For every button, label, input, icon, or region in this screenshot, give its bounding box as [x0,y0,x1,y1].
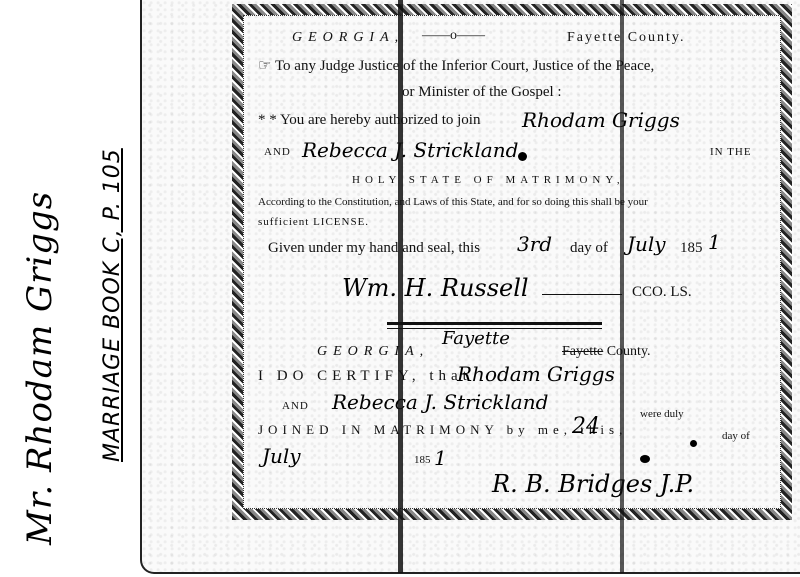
certify-line: I DO CERTIFY, that [258,368,472,385]
joined-day-of-label: day of [722,430,750,442]
certificate-county: Fayette County. [562,344,651,360]
certificate-groom-handwritten: Rhodam Griggs [457,362,615,386]
margin-note-name: Mr. Rhodam Griggs [20,191,60,545]
and-label: AND [264,146,291,158]
joined-year-printed: 185 [414,454,431,466]
struck-county: Fayette [562,344,603,359]
fold-crease-left [398,0,403,573]
sufficient-license-line: sufficient LICENSE. [258,216,369,228]
constitution-line: According to the Constitution, and Laws … [258,196,648,208]
ink-speck [518,152,527,161]
ink-speck [640,455,650,463]
certificate-state: GEORGIA, [317,344,429,360]
marriage-license-document: GEORGIA, ——o—— Fayette County. ☞ To any … [232,4,792,520]
margin-note-book-reference: MARRIAGE BOOK C, P. 105 [100,148,125,462]
certificate-and-label: AND [282,400,309,412]
joined-year-handwritten: 1 [434,446,447,470]
authorization-line: * * You are hereby authorized to join [258,112,480,129]
given-month-handwritten: July [627,232,666,256]
clerk-title: CCO. LS. [632,284,692,301]
joined-day-handwritten: 24 [572,414,600,439]
clerk-signature: Wm. H. Russell [342,274,529,302]
ornament-divider: ——o—— [422,28,485,44]
ink-speck [690,440,697,447]
in-the-label: IN THE [710,146,752,158]
license-address-line2: or Minister of the Gospel : [402,84,562,101]
year-printed: 185 [680,240,703,257]
pointing-hand-icon: ☞ [258,58,275,74]
certificate-county-handwritten: Fayette [442,328,510,349]
given-under-line: Given under my hand and seal, this [268,240,480,257]
certificate-bride-handwritten: Rebecca J. Strickland [332,390,548,414]
holy-state-heading: HOLY STATE OF MATRIMONY, [352,174,625,186]
given-day-handwritten: 3rd [517,232,552,256]
bride-name-handwritten: Rebecca J. Strickland [302,138,518,162]
joined-month-handwritten: July [262,444,301,468]
year-handwritten: 1 [708,230,721,254]
day-of-label: day of [570,240,608,257]
fold-crease-right [620,0,624,573]
groom-name-handwritten: Rhodam Griggs [522,108,680,132]
asterism-icon: * * [258,112,277,128]
officiant-signature: R. B. Bridges J.P. [492,470,694,498]
license-county: Fayette County. [567,30,686,46]
signature-line [542,294,622,295]
license-address-line1: ☞ To any Judge Justice of the Inferior C… [258,56,654,75]
were-duly-label: were duly [640,408,684,420]
license-state: GEORGIA, [292,30,404,46]
